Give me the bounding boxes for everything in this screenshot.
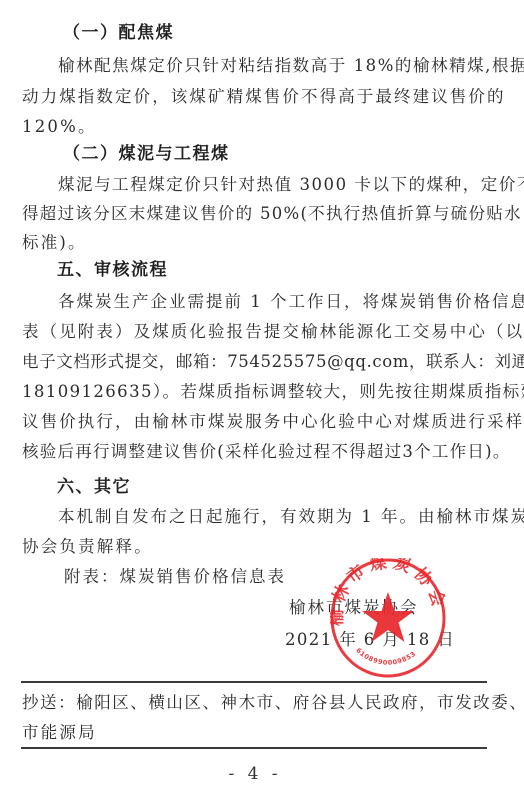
page-number: - 4 - (0, 764, 510, 784)
divider-top (21, 681, 487, 683)
paragraph-line: 协会负责解释。 (22, 536, 153, 558)
paragraph-line: 表（见附表）及煤质化验报告提交榆林能源化工交易中心（以 (22, 321, 524, 343)
paragraph-line: 议售价执行，由榆林市煤炭服务中心化验中心对煤质进行采样 (22, 411, 524, 433)
section-heading-slime-coal: （二）煤泥与工程煤 (63, 143, 230, 165)
divider-bottom (21, 747, 487, 749)
paragraph-line: 各煤炭生产企业需提前 1 个工作日，将煤炭销售价格信息 (58, 291, 524, 313)
official-seal-stamp: 榆林市煤炭协会 6108990009853 (330, 558, 446, 678)
paragraph-line: 标准)。 (22, 232, 87, 254)
paragraph-line: 120%。 (22, 116, 97, 138)
signature-organization: 榆林市煤炭协会 (289, 594, 419, 618)
signature-date: 2021 年 6 月 18 日 (285, 626, 455, 650)
paragraph-line: 动力煤指数定价，该煤矿精煤售价不得高于最终建议售价的 (22, 86, 506, 108)
paragraph-line: 18109126635）。若煤质指标调整较大，则先按往期煤质指标建 (22, 381, 524, 403)
paragraph-line: 煤泥与工程煤定价只针对热值 3000 卡以下的煤种，定价不 (58, 174, 524, 196)
section-heading-review-process: 五、审核流程 (57, 259, 168, 281)
paragraph-line: 本机制自发布之日起施行，有效期为 1 年。由榆林市煤炭 (58, 506, 524, 528)
paragraph-line: 核验后再行调整建议售价(采样化验过程不得超过3个工作日)。 (22, 441, 511, 463)
paragraph-line: 得超过该分区末煤建议售价的 50%(不执行热值折算与硫份贴水 (22, 203, 522, 225)
paragraph-line-email: 电子文档形式提交，邮箱：754525575@qq.com，联系人：刘通 (22, 351, 524, 373)
section-heading-coking-coal: （一）配焦煤 (63, 22, 174, 44)
attachment-note: 附表：煤炭销售价格信息表 (64, 566, 286, 588)
cc-line: 抄送：榆阳区、横山区、神木市、府谷县人民政府，市发改委、 (22, 692, 524, 714)
cc-line: 市能源局 (22, 722, 97, 744)
paragraph-line: 榆林配焦煤定价只针对粘结指数高于 18%的榆林精煤,根据 (58, 55, 524, 77)
section-heading-other: 六、其它 (57, 476, 131, 498)
